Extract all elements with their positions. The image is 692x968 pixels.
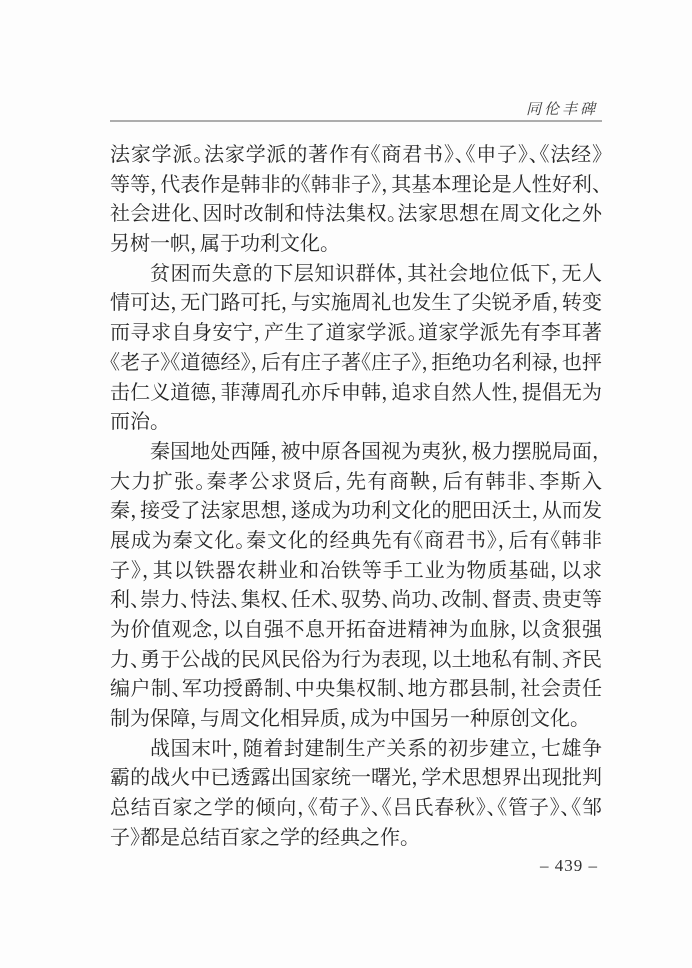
- text-line: 制为保障，与周文化相异质，成为中国另一种原创文化。: [110, 705, 602, 735]
- text-line: 《老子》《道德经》，后有庄子著《庄子》，拒绝功名利禄，也抨: [110, 349, 602, 379]
- header-rule: [110, 120, 602, 122]
- text-line: 编户制、军功授爵制、中央集权制、地方郡县制，社会责任: [110, 675, 602, 705]
- text-line: 击仁义道德，菲薄周孔亦斥申韩，追求自然人性，提倡无为: [110, 379, 602, 409]
- text-line: 而治。: [110, 408, 602, 438]
- text-line: 情可达，无门路可托，与实施周礼也发生了尖锐矛盾，转变: [110, 289, 602, 319]
- text-line: 力、勇于公战的民风民俗为行为表现，以土地私有制、齐民: [110, 646, 602, 676]
- page-number: – 439 –: [540, 856, 598, 876]
- text-line: 大力扩张。秦孝公求贤后，先有商鞅，后有韩非、李斯入: [110, 468, 602, 498]
- text-line: 霸的战火中已透露出国家统一曙光，学术思想界出现批判: [110, 764, 602, 794]
- running-title: 同伦丰碑: [526, 98, 598, 119]
- text-line: 展成为秦文化。秦文化的经典先有《商君书》，后有《韩非: [110, 527, 602, 557]
- text-line: 法家学派。法家学派的著作有《商君书》、《申子》、《法经》: [110, 141, 602, 171]
- body-text-block: 法家学派。法家学派的著作有《商君书》、《申子》、《法经》等等，代表作是韩非的《韩…: [110, 141, 602, 854]
- text-line: 社会进化、因时改制和恃法集权。法家思想在周文化之外: [110, 200, 602, 230]
- text-line: 为价值观念，以自强不息开拓奋进精神为血脉，以贪狠强: [110, 616, 602, 646]
- book-page: 同伦丰碑 法家学派。法家学派的著作有《商君书》、《申子》、《法经》等等，代表作是…: [0, 0, 692, 968]
- text-line: 贫困而失意的下层知识群体，其社会地位低下，无人: [110, 260, 602, 290]
- text-line: 子》都是总结百家之学的经典之作。: [110, 824, 602, 854]
- text-line: 战国末叶，随着封建制生产关系的初步建立，七雄争: [110, 735, 602, 765]
- text-line: 总结百家之学的倾向，《荀子》、《吕氏春秋》、《管子》、《邹: [110, 794, 602, 824]
- text-line: 秦，接受了法家思想，遂成为功利文化的肥田沃土，从而发: [110, 497, 602, 527]
- text-line: 等等，代表作是韩非的《韩非子》，其基本理论是人性好利、: [110, 171, 602, 201]
- text-line: 另树一帜，属于功利文化。: [110, 230, 602, 260]
- text-line: 子》，其以铁器农耕业和冶铁等手工业为物质基础，以求: [110, 557, 602, 587]
- text-line: 秦国地处西陲，被中原各国视为夷狄，极力摆脱局面，: [110, 438, 602, 468]
- text-line: 而寻求自身安宁，产生了道家学派。道家学派先有李耳著: [110, 319, 602, 349]
- text-line: 利、崇力、恃法、集权、任术、驭势、尚功、改制、督责、贵吏等: [110, 586, 602, 616]
